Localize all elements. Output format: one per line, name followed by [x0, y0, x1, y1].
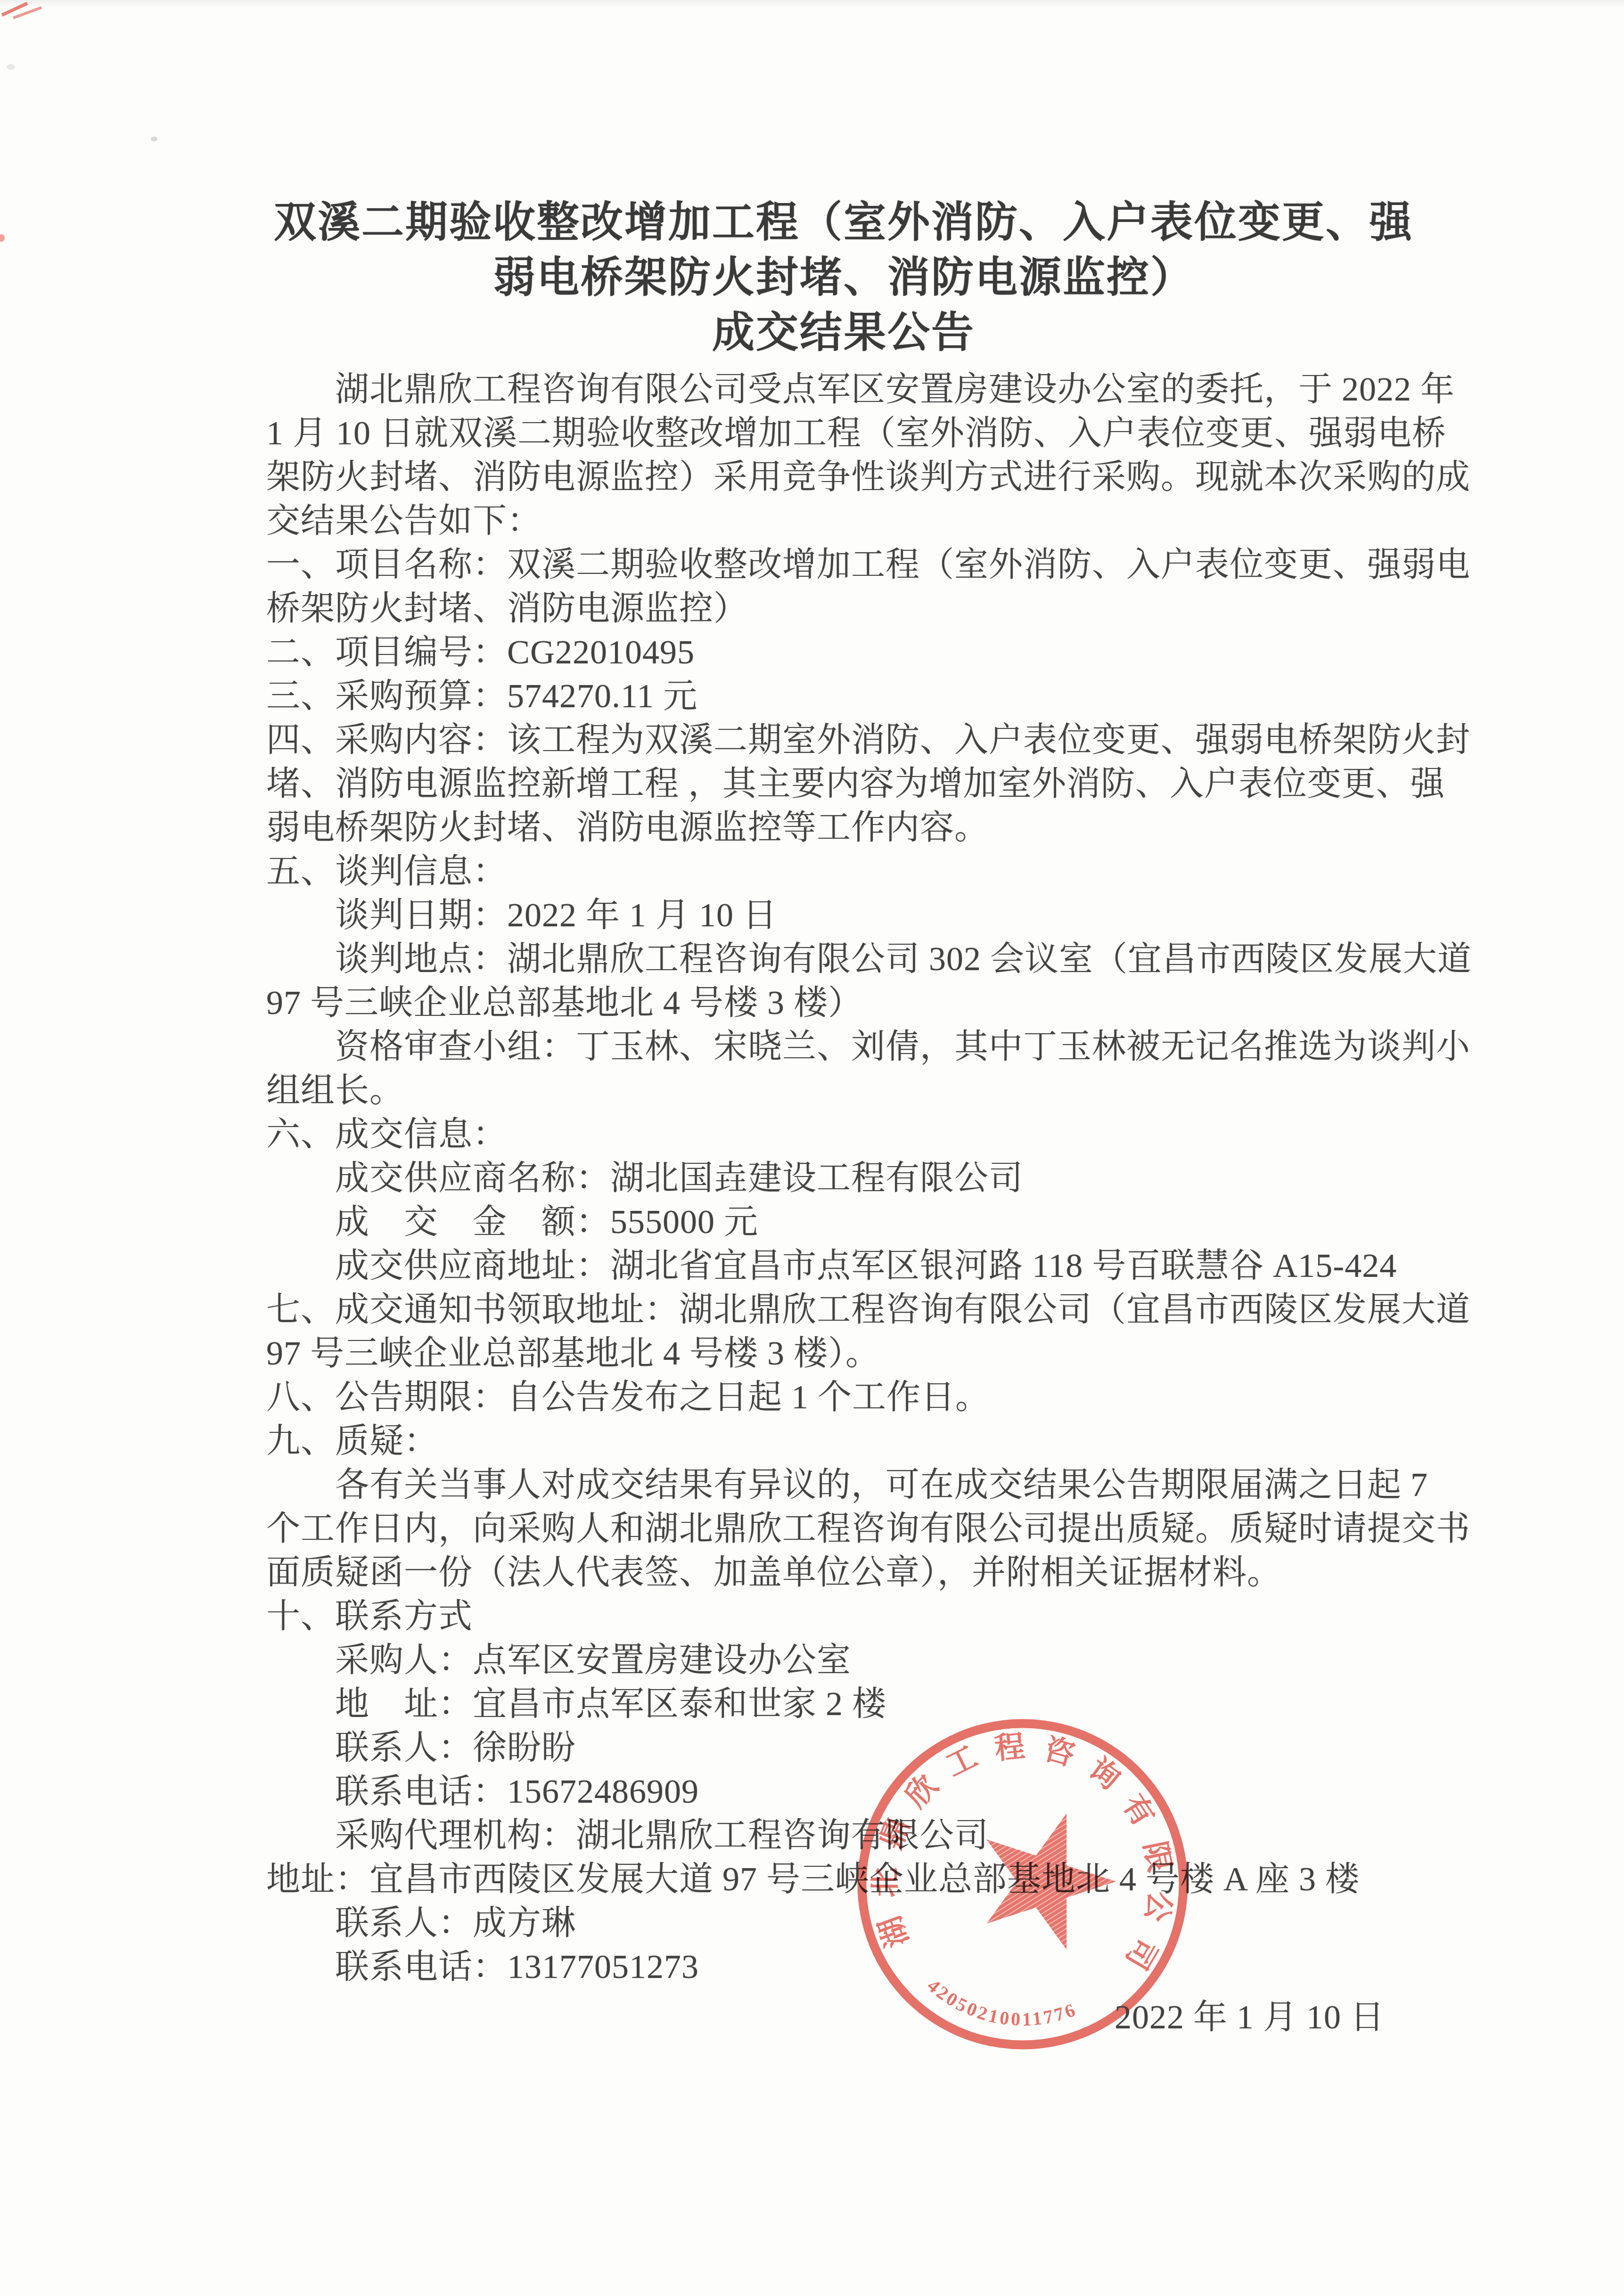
body-line: 谈判日期：2022 年 1 月 10 日	[266, 893, 1421, 937]
body-line: 谈判地点：湖北鼎欣工程咨询有限公司 302 会议室（宜昌市西陵区发展大道	[266, 937, 1421, 981]
body-line: 个工作日内，向采购人和湖北鼎欣工程咨询有限公司提出质疑。质疑时请提交书	[266, 1507, 1421, 1551]
body-line: 六、成交信息：	[266, 1112, 1421, 1156]
scan-edge-shadow	[0, 0, 1624, 8]
body-line: 堵、消防电源监控新增工程 ，其主要内容为增加室外消防、入户表位变更、强	[266, 762, 1421, 806]
body-line: 面质疑函一份（法人代表签、加盖单位公章），并附相关证据材料。	[266, 1551, 1421, 1594]
body-line: 九、质疑：	[266, 1419, 1421, 1463]
body-line: 采购人：点军区安置房建设办公室	[266, 1638, 1421, 1682]
scan-dust-speck	[151, 137, 157, 141]
body-line: 组组长。	[266, 1069, 1421, 1112]
body-line: 97 号三峡企业总部基地北 4 号楼 3 楼）。	[266, 1332, 1421, 1375]
body-line: 四、采购内容：该工程为双溪二期室外消防、入户表位变更、强弱电桥架防火封	[266, 718, 1421, 762]
body-line: 架防火封堵、消防电源监控）采用竞争性谈判方式进行采购。现就本次采购的成	[266, 455, 1421, 499]
seal-star-icon	[962, 1792, 1132, 1958]
body-line: 一、项目名称：双溪二期验收整改增加工程（室外消防、入户表位变更、强弱电	[266, 543, 1421, 587]
title-line-3: 成交结果公告	[266, 305, 1421, 360]
red-ink-speck	[0, 234, 5, 242]
body-line: 各有关当事人对成交结果有异议的，可在成交结果公告期限届满之日起 7	[266, 1463, 1421, 1507]
issue-date: 2022 年 1 月 10 日	[0, 1989, 1385, 2038]
body-line: 三、采购预算：574270.11 元	[266, 674, 1421, 718]
body-line: 资格审查小组：丁玉林、宋晓兰、刘倩，其中丁玉林被无记名推选为谈判小	[266, 1025, 1421, 1069]
page-title: 双溪二期验收整改增加工程（室外消防、入户表位变更、强 弱电桥架防火封堵、消防电源…	[266, 195, 1421, 360]
body-line: 湖北鼎欣工程咨询有限公司受点军区安置房建设办公室的委托，于 2022 年	[266, 368, 1421, 411]
body-line: 二、项目编号：CG22010495	[266, 630, 1421, 674]
body-line: 五、谈判信息：	[266, 850, 1421, 893]
title-line-1: 双溪二期验收整改增加工程（室外消防、入户表位变更、强	[266, 195, 1421, 250]
body-line: 八、公告期限：自公告发布之日起 1 个工作日。	[266, 1375, 1421, 1419]
body-line: 桥架防火封堵、消防电源监控）	[266, 587, 1421, 630]
body-line: 交结果公告如下：	[266, 499, 1421, 543]
body-line: 七、成交通知书领取地址：湖北鼎欣工程咨询有限公司（宜昌市西陵区发展大道	[266, 1288, 1421, 1332]
body-line: 97 号三峡企业总部基地北 4 号楼 3 楼）	[266, 981, 1421, 1025]
title-line-2: 弱电桥架防火封堵、消防电源监控）	[266, 250, 1421, 305]
seal-company-text: 湖北鼎欣工程咨询有限公司	[857, 1709, 1197, 1991]
body-line: 成交供应商名称：湖北国垚建设工程有限公司	[266, 1156, 1421, 1200]
body-line: 弱电桥架防火封堵、消防电源监控等工作内容。	[266, 806, 1421, 850]
body-line: 成交供应商地址：湖北省宜昌市点军区银河路 118 号百联慧谷 A15-424	[266, 1244, 1421, 1288]
body-line: 成 交 金 额：555000 元	[266, 1200, 1421, 1244]
scan-dust-speck	[7, 64, 15, 70]
body-line: 1 月 10 日就双溪二期验收整改增加工程（室外消防、入户表位变更、强弱电桥	[266, 411, 1421, 455]
red-corner-mark	[0, 0, 52, 28]
body-line: 十、联系方式	[266, 1594, 1421, 1638]
scanned-announcement-page: { "page": { "background": "#fdfdfc", "te…	[0, 0, 1624, 2296]
